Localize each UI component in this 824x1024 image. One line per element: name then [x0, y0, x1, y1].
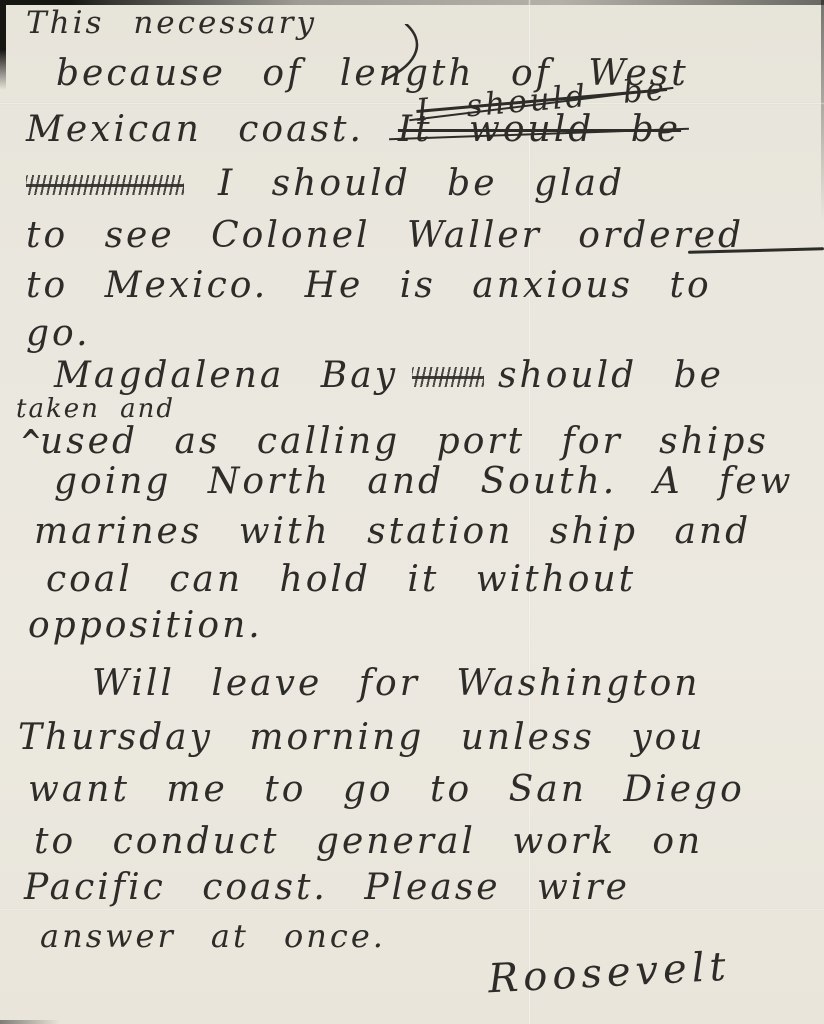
line-text: go.: [26, 313, 91, 354]
line-text: opposition.: [28, 605, 263, 646]
insertion-caret: ^: [20, 424, 42, 462]
inserted-line: taken and: [16, 396, 175, 422]
letter-line: opposition.: [28, 608, 263, 644]
letter-line: marines with station ship and: [34, 514, 751, 550]
line-text: answer at once.: [40, 917, 386, 955]
letter-line: Magdalena Bayshould be: [54, 358, 724, 394]
strikeout-correction: I should beIt would be: [398, 112, 681, 148]
fold-crease-horizontal-bottom: [0, 908, 824, 911]
letter-line: Thursday morning unless you: [18, 720, 706, 756]
letter-line: to see Colonel Waller ordered: [26, 218, 744, 254]
letter-line: Will leave for Washington: [92, 666, 700, 702]
struck-out-scribble: [412, 367, 484, 387]
line-text: used as calling port for ships: [40, 421, 769, 462]
struck-out-scribble: [26, 175, 184, 195]
letter-line: going North and South. A few: [54, 464, 793, 500]
letter-line: go.: [26, 316, 91, 352]
letter-page: This necessary because of length of West…: [0, 0, 824, 1024]
line-text: to Mexico. He is anxious to: [26, 265, 712, 306]
line-text: This necessary: [26, 5, 317, 41]
line-text: Will leave for Washington: [92, 663, 700, 704]
letter-line: answer at once.: [40, 920, 386, 952]
letter-line: want me to go to San Diego: [28, 772, 745, 808]
line-text: should be: [498, 358, 724, 394]
line-text: marines with station ship and: [34, 511, 751, 552]
line-text: Thursday morning unless you: [18, 717, 706, 758]
letter-line: Pacific coast. Please wire: [24, 870, 630, 906]
line-text: to conduct general work on: [34, 821, 703, 862]
fold-crease-horizontal-top: [0, 102, 824, 105]
line-text: Pacific coast. Please wire: [24, 867, 630, 908]
line-text: going North and South. A few: [54, 461, 793, 502]
line-text: to see Colonel Waller ordered: [26, 215, 744, 256]
letter-line: I should be glad: [26, 166, 625, 202]
signature: Roosevelt: [487, 944, 732, 1003]
line-text: Mexican coast.: [26, 112, 364, 148]
line-text: Magdalena Bay: [54, 358, 398, 394]
letter-line: to conduct general work on: [34, 824, 703, 860]
photo-edge-left: [0, 0, 6, 90]
line-text: I should be glad: [218, 166, 625, 202]
letter-line: used as calling port for ships: [40, 424, 769, 460]
line-text: coal can hold it without: [46, 559, 636, 600]
line-text: taken and: [16, 394, 175, 424]
letter-line: to Mexico. He is anxious to: [26, 268, 712, 304]
struck-text: It would be: [398, 109, 681, 150]
photo-edge-bottom: [0, 1020, 60, 1024]
letter-line: Mexican coast.I should beIt would be: [26, 112, 681, 148]
line-text: want me to go to San Diego: [28, 769, 745, 810]
letter-line: coal can hold it without: [46, 562, 636, 598]
letter-line: This necessary: [26, 8, 317, 39]
